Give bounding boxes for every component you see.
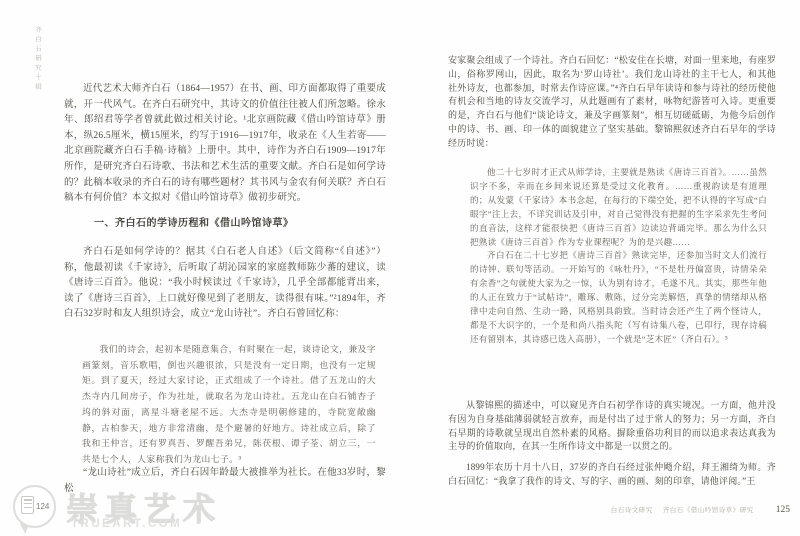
right-paragraph-3: 1899年农历十月十八日，37岁的齐白石经过张仲飏介绍，拜王湘绮为师。齐白石回忆… — [448, 461, 776, 489]
section-heading: 一、齐白石的学诗历程和《借山吟馆诗草》 — [94, 214, 294, 229]
spine-title: 齐白石研究十辑 — [33, 26, 42, 93]
right-page-footer: 白石诗文研究 齐白石《借山吟馆诗草》研究 125 — [448, 505, 790, 515]
right-paragraph-1: 安家聚会组成了一个诗社。齐白石回忆：“松安住在长塘，对面一里来地，有座罗山，俗称… — [448, 54, 776, 151]
watermark-bubble — [13, 485, 56, 528]
footer-section-label: 白石诗文研究 — [611, 505, 653, 514]
right-page-number: 125 — [776, 505, 790, 515]
book-spread-scan: 齐白石研究十辑 近代艺术大师齐白石（1864—1957）在书、画、印方面都取得了… — [0, 0, 800, 536]
footer-article-title: 齐白石《借山吟馆诗草》研究 — [663, 505, 754, 514]
right-block-quote: 他二十七岁时才正式从师学诗，主要就是熟读《唐诗三百首》。……虽然识字不多，幸而在… — [470, 166, 767, 347]
left-block-quote: 我们的诗会，起初本是随意集合，有时聚在一起，谈诗论文，兼及字画篆刻，音乐歌唱，倒… — [82, 342, 376, 468]
right-quote-paragraph-1: 他二十七岁时才正式从师学诗，主要就是熟读《唐诗三百首》。……虽然识字不多，幸而在… — [470, 166, 767, 249]
left-paragraph-2: 齐白石是如何学诗的？据其《白石老人自述》（后文简称“《自述》”）称，他最初读《千… — [64, 245, 386, 323]
left-page-number: 124 — [36, 502, 49, 511]
watermark-bubble-tail — [17, 523, 28, 534]
document-icon — [21, 496, 34, 514]
right-paragraph-2: 从黎锦熙的描述中，可以窥见齐白石初学作诗的真实境况。一方面，他并没有因为自身基础… — [448, 399, 776, 454]
trueart-watermark-en: TRUEART.COM — [71, 518, 182, 530]
right-quote-paragraph-2: 齐白石在二十七岁把《唐诗三百首》熟读完毕，还参加当时文人们流行的诗钟、联句等活动… — [470, 249, 767, 346]
left-intro-paragraph: 近代艺术大师齐白石（1864—1957）在书、画、印方面都取得了重要成就，开一代… — [64, 82, 386, 207]
